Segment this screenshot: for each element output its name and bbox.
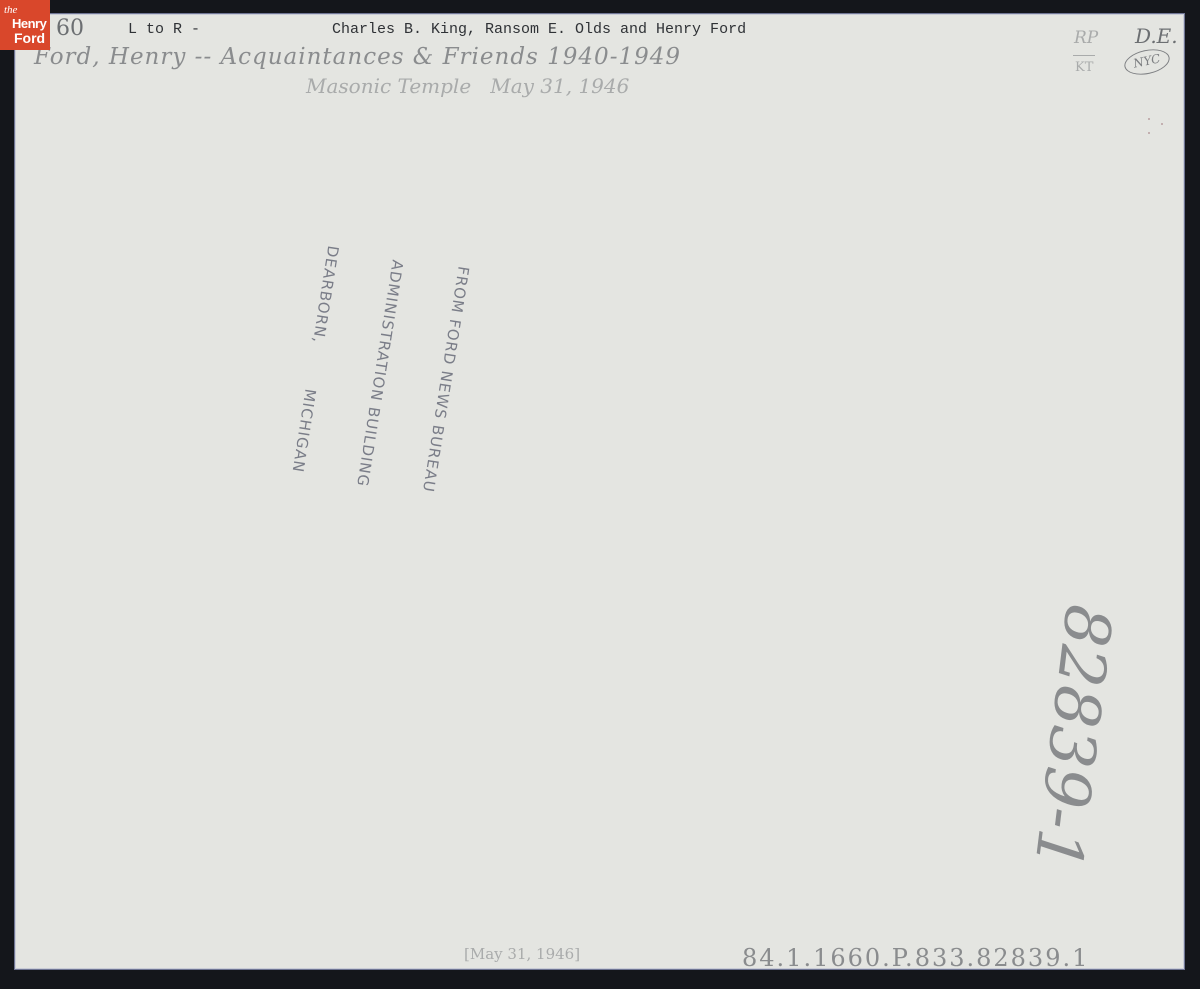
location-date-note: Masonic Temple May 31, 1946 <box>306 74 629 98</box>
ford-news-bureau-stamp: FROM FORD NEWS BUREAU ADMINISTRATION BUI… <box>264 241 518 506</box>
initials-top: RP <box>1074 28 1098 48</box>
initials-bottom: KT <box>1075 60 1093 75</box>
accession-number: 84.1.1660.P.833.82839.1 <box>742 944 1089 972</box>
logo-the: the <box>4 4 17 16</box>
mark-de: D.E. <box>1135 24 1178 48</box>
subject-heading: Ford, Henry -- Acquaintances & Friends 1… <box>34 44 681 70</box>
speck <box>1161 123 1163 125</box>
speck <box>1148 132 1150 134</box>
henry-ford-logo: the Henry Ford <box>0 0 50 50</box>
catalog-fragment: 60 <box>56 16 84 41</box>
speck <box>1148 118 1150 120</box>
bottom-date: [May 31, 1946] <box>464 945 580 963</box>
logo-henry: Henry <box>12 16 46 31</box>
photo-back-paper <box>15 14 1184 969</box>
photo-caption: Charles B. King, Ransom E. Olds and Henr… <box>332 21 746 38</box>
fraction-line <box>1073 55 1095 56</box>
logo-ford: Ford <box>14 30 45 46</box>
caption-prefix: L to R - <box>128 21 200 38</box>
